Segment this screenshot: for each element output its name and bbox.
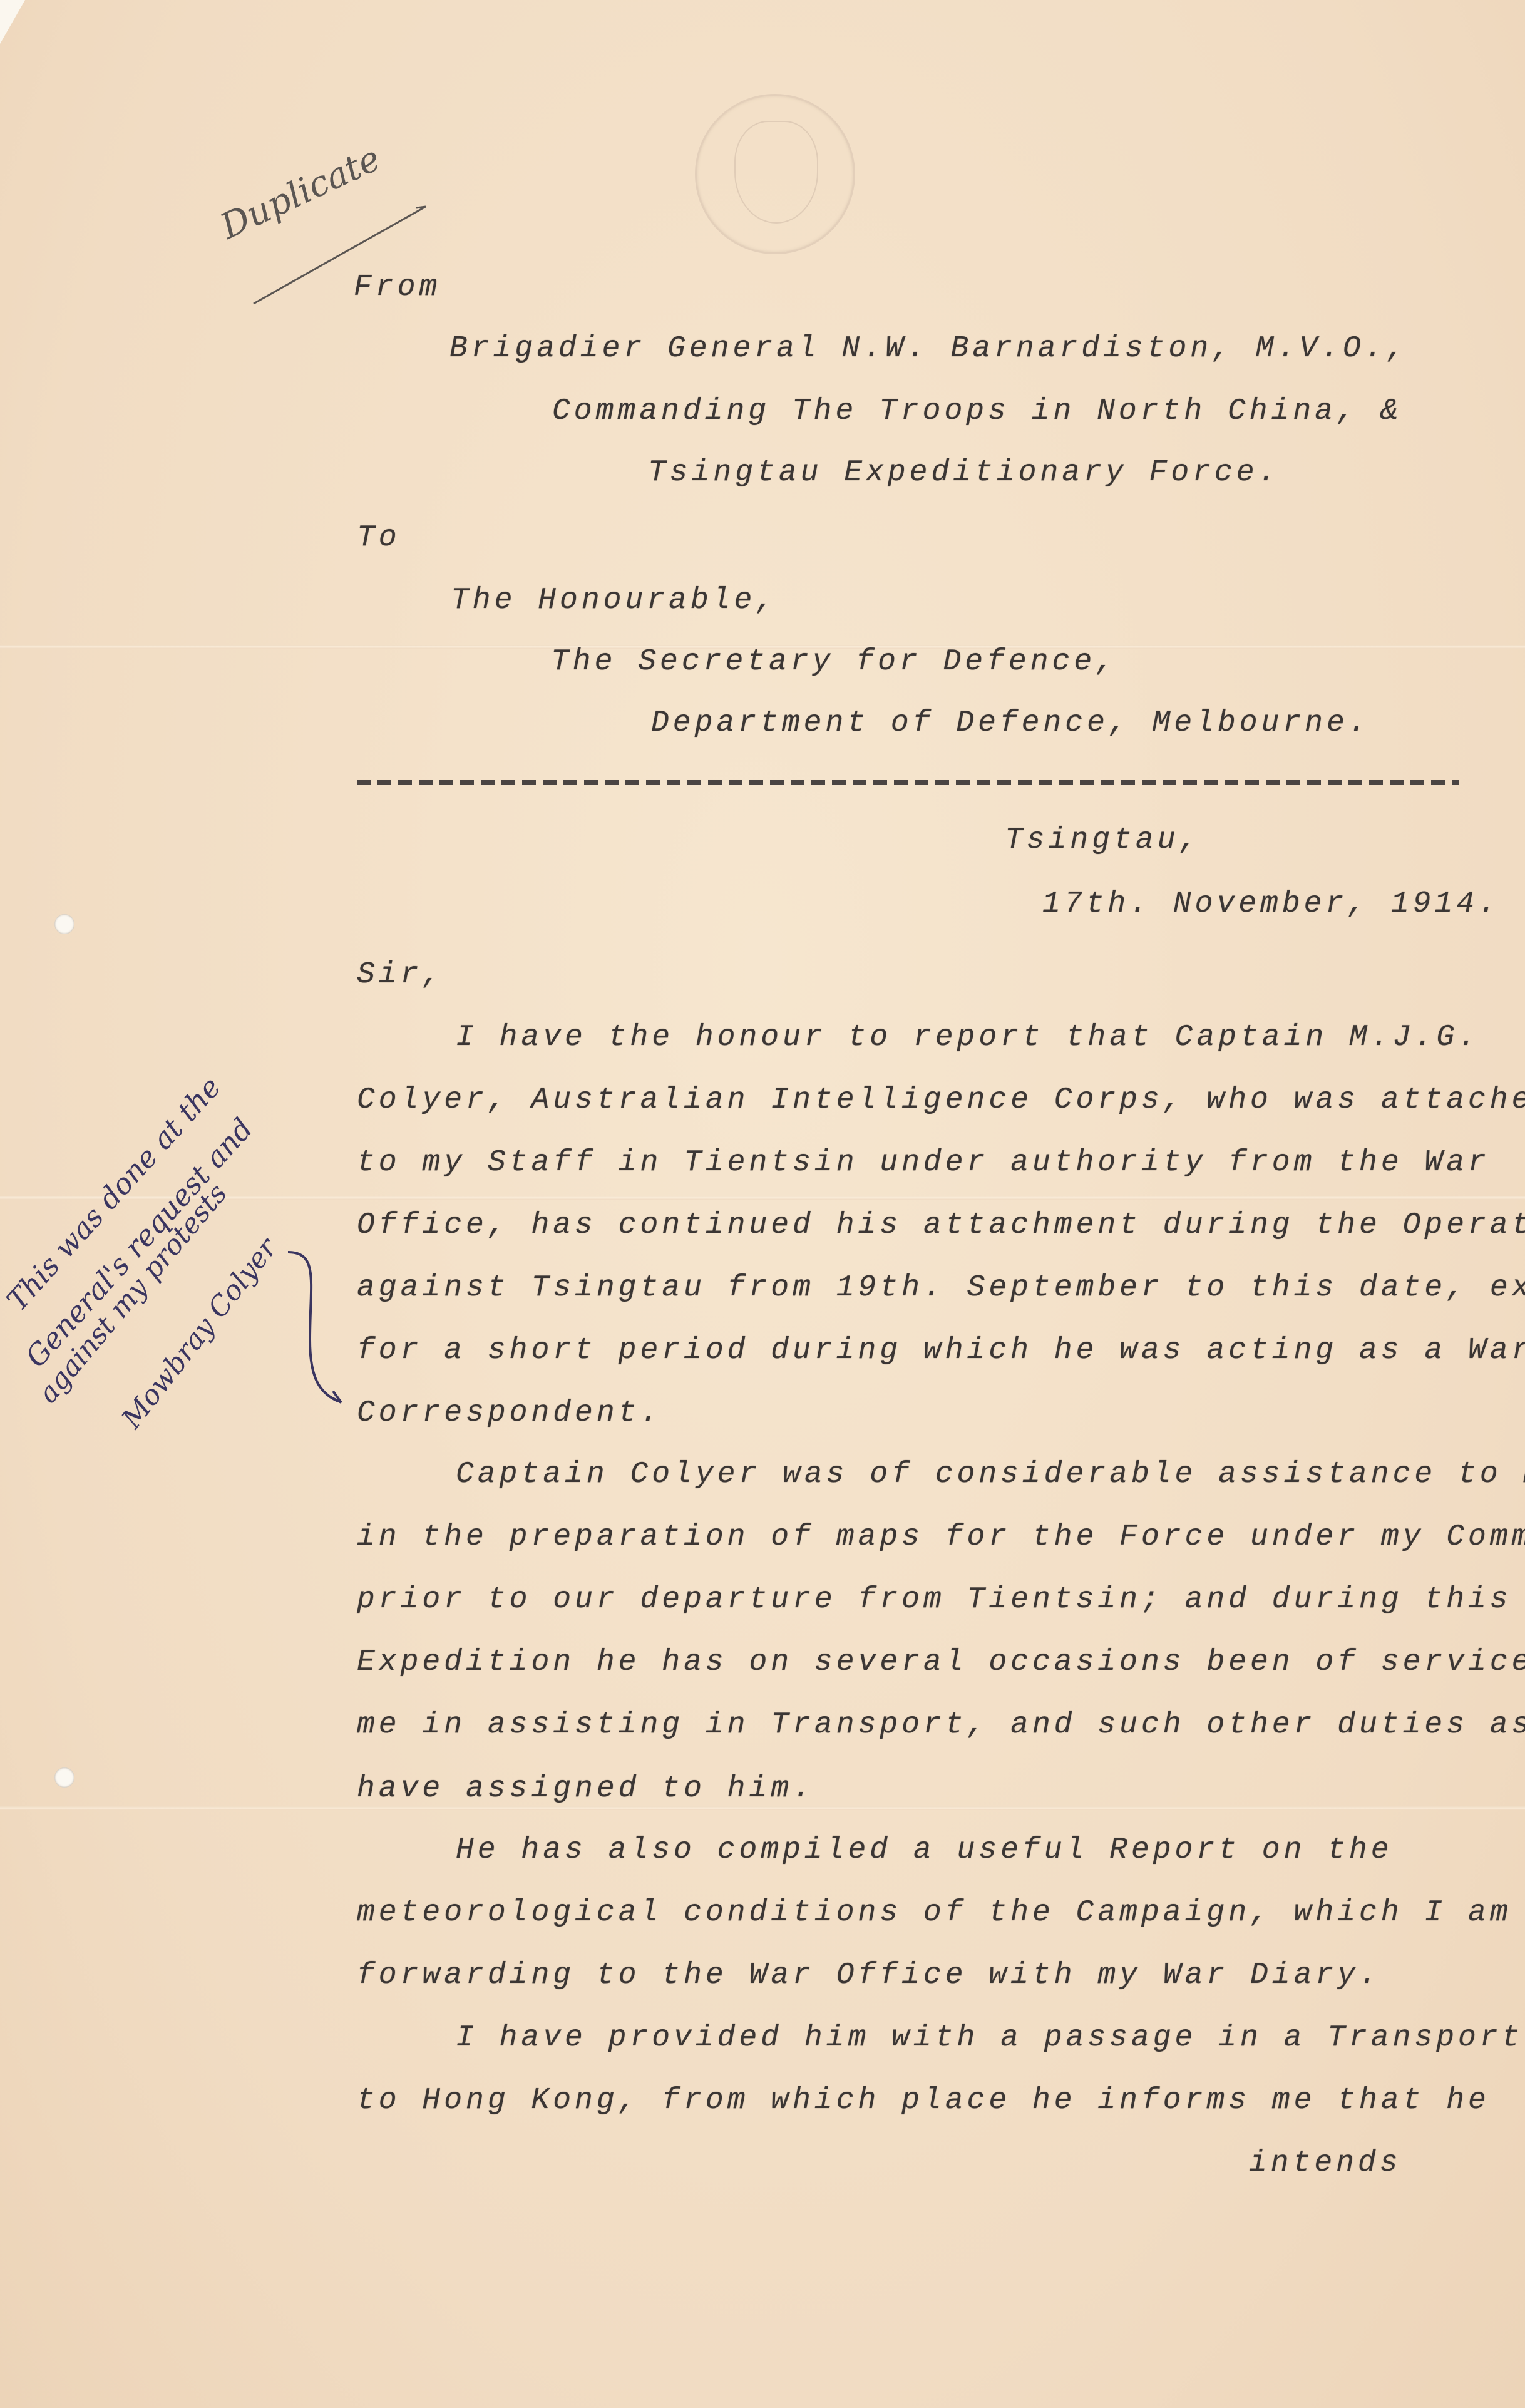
recipient-office: The Secretary for Defence, <box>551 645 1117 679</box>
body-line: prior to our departure from Tientsin; an… <box>357 1583 1512 1617</box>
body-line: forwarding to the War Office with my War… <box>357 1958 1381 1992</box>
arrow-pointer-icon <box>250 1246 363 1409</box>
body-line: Office, has continued his attachment dur… <box>357 1208 1525 1242</box>
body-line: I have provided him with a passage in a … <box>456 2021 1523 2055</box>
letter-date: 17th. November, 1914. <box>1042 887 1500 921</box>
document-page: Duplicate From Brigadier General N.W. Ba… <box>0 0 1525 2408</box>
punch-hole <box>54 1767 74 1788</box>
separator-line <box>357 780 1459 785</box>
body-line: Correspondent. <box>357 1396 662 1430</box>
royal-crest-emboss-icon <box>695 94 855 254</box>
body-line: me in assisting in Transport, and such o… <box>357 1708 1525 1742</box>
body-line: to my Staff in Tientsin under authority … <box>357 1146 1490 1180</box>
from-label: From <box>354 270 441 304</box>
recipient-department: Department of Defence, Melbourne. <box>651 706 1370 740</box>
body-line: meteorological conditions of the Campaig… <box>357 1896 1512 1930</box>
body-line: have assigned to him. <box>357 1772 814 1806</box>
crest-shield-icon <box>734 121 818 224</box>
paper-fold <box>0 1806 1525 1810</box>
body-line: He has also compiled a useful Report on … <box>456 1833 1393 1867</box>
torn-corner <box>0 0 25 44</box>
sender-force: Tsingtau Expeditionary Force. <box>648 456 1280 490</box>
body-line: Captain Colyer was of considerable assis… <box>456 1458 1525 1491</box>
margin-note-line: against my protests <box>32 1178 234 1409</box>
body-line: Colyer, Australian Intelligence Corps, w… <box>357 1083 1525 1117</box>
punch-hole <box>54 914 74 934</box>
body-line: for a short period during which he was a… <box>357 1334 1525 1367</box>
salutation: Sir, <box>357 958 444 992</box>
to-label: To <box>357 521 401 555</box>
body-line: in the preparation of maps for the Force… <box>357 1520 1525 1554</box>
place: Tsingtau, <box>1005 823 1201 857</box>
sender-command: Commanding The Troops in North China, & <box>552 394 1402 428</box>
recipient-title: The Honourable, <box>451 584 778 617</box>
body-line: against Tsingtau from 19th. September to… <box>357 1271 1525 1305</box>
body-line: I have the honour to report that Captain… <box>456 1021 1480 1054</box>
sender-name: Brigadier General N.W. Barnardiston, M.V… <box>449 332 1408 366</box>
body-line: to Hong Kong, from which place he inform… <box>357 2084 1490 2117</box>
catchword: intends <box>1249 2146 1402 2180</box>
body-line: Expedition he has on several occasions b… <box>357 1645 1525 1679</box>
